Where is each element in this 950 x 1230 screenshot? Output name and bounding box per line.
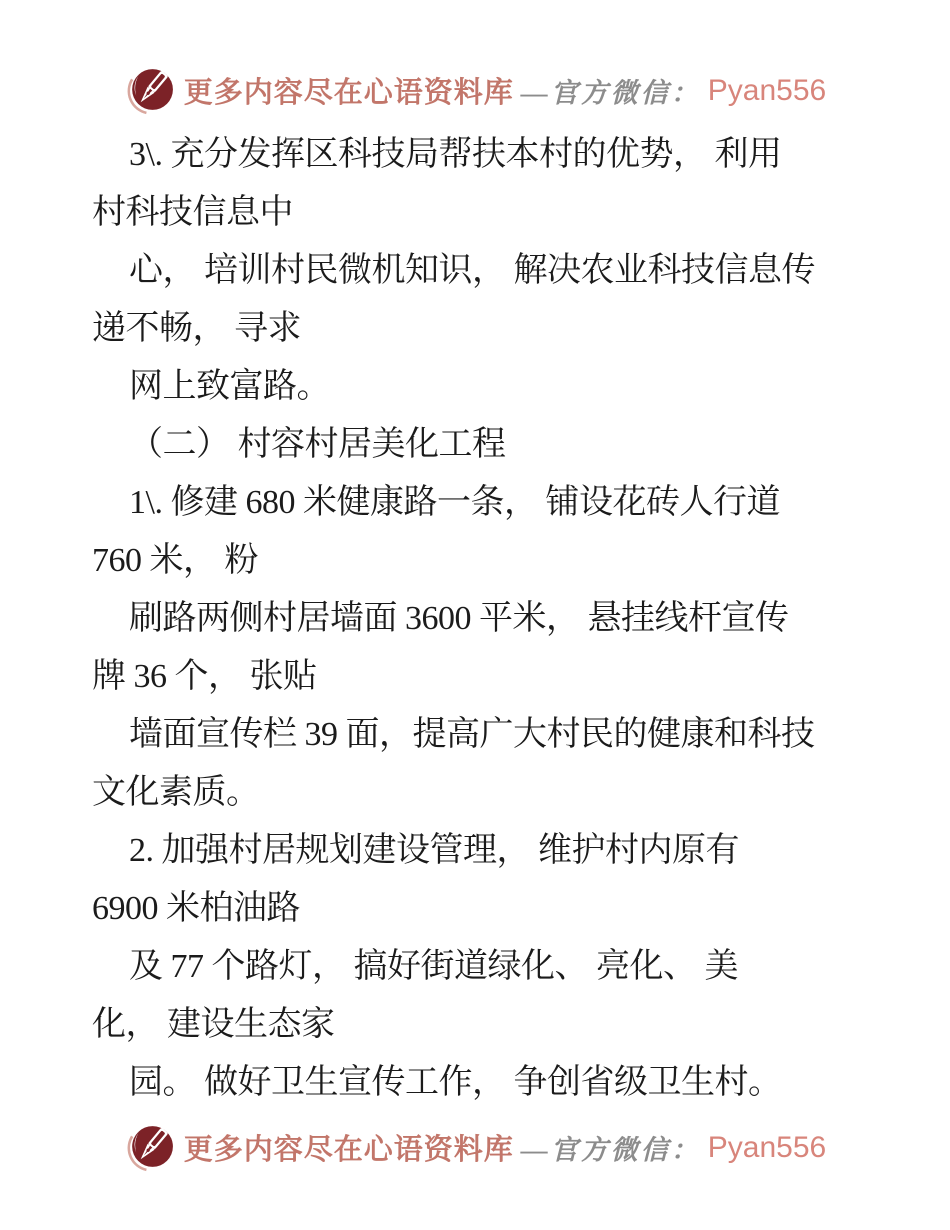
brand-text: 更多内容尽在心语资料库 — [184, 1127, 514, 1168]
pen-nib-logo-icon — [124, 1121, 177, 1174]
text-line: 递不畅， 寻求 — [92, 300, 895, 358]
channel-label: —官方微信： — [521, 1128, 701, 1167]
channel-label: —官方微信： — [521, 71, 701, 110]
text-line: 刷路两侧村居墙面 3600 平米， 悬挂线杆宣传 — [92, 590, 895, 648]
text-line: 760 米， 粉 — [92, 532, 895, 590]
account-name: Pyan556 — [708, 1131, 826, 1165]
section-heading: （二） 村容村居美化工程 — [92, 416, 895, 474]
text-line: 文化素质。 — [92, 764, 895, 822]
text-line: 网上致富路。 — [92, 358, 895, 416]
text-line: 心， 培训村民微机知识， 解决农业科技信息传 — [92, 242, 895, 300]
document-page: 更多内容尽在心语资料库 —官方微信： Pyan556 3\. 充分发挥区科技局帮… — [0, 0, 950, 1230]
text-line: 化， 建设生态家 — [92, 996, 895, 1054]
watermark-header: 更多内容尽在心语资料库 —官方微信： Pyan556 — [0, 64, 950, 117]
text-line: 及 77 个路灯， 搞好街道绿化、 亮化、 美 — [92, 938, 895, 996]
text-line: 1\. 修建 680 米健康路一条， 铺设花砖人行道 — [92, 474, 895, 532]
text-line: 园。 做好卫生宣传工作， 争创省级卫生村。 — [92, 1054, 895, 1112]
brand-text: 更多内容尽在心语资料库 — [184, 70, 514, 111]
text-line: 6900 米柏油路 — [92, 880, 895, 938]
document-body: 3\. 充分发挥区科技局帮扶本村的优势， 利用 村科技信息中 心， 培训村民微机… — [0, 126, 950, 1112]
text-line: 3\. 充分发挥区科技局帮扶本村的优势， 利用 — [92, 126, 895, 184]
text-line: 2. 加强村居规划建设管理， 维护村内原有 — [92, 822, 895, 880]
account-name: Pyan556 — [708, 74, 826, 108]
watermark-footer: 更多内容尽在心语资料库 —官方微信： Pyan556 — [0, 1121, 950, 1174]
text-line: 墙面宣传栏 39 面，提高广大村民的健康和科技 — [92, 706, 895, 764]
text-line: 牌 36 个， 张贴 — [92, 648, 895, 706]
text-line: 村科技信息中 — [92, 184, 895, 242]
pen-nib-logo-icon — [124, 64, 177, 117]
